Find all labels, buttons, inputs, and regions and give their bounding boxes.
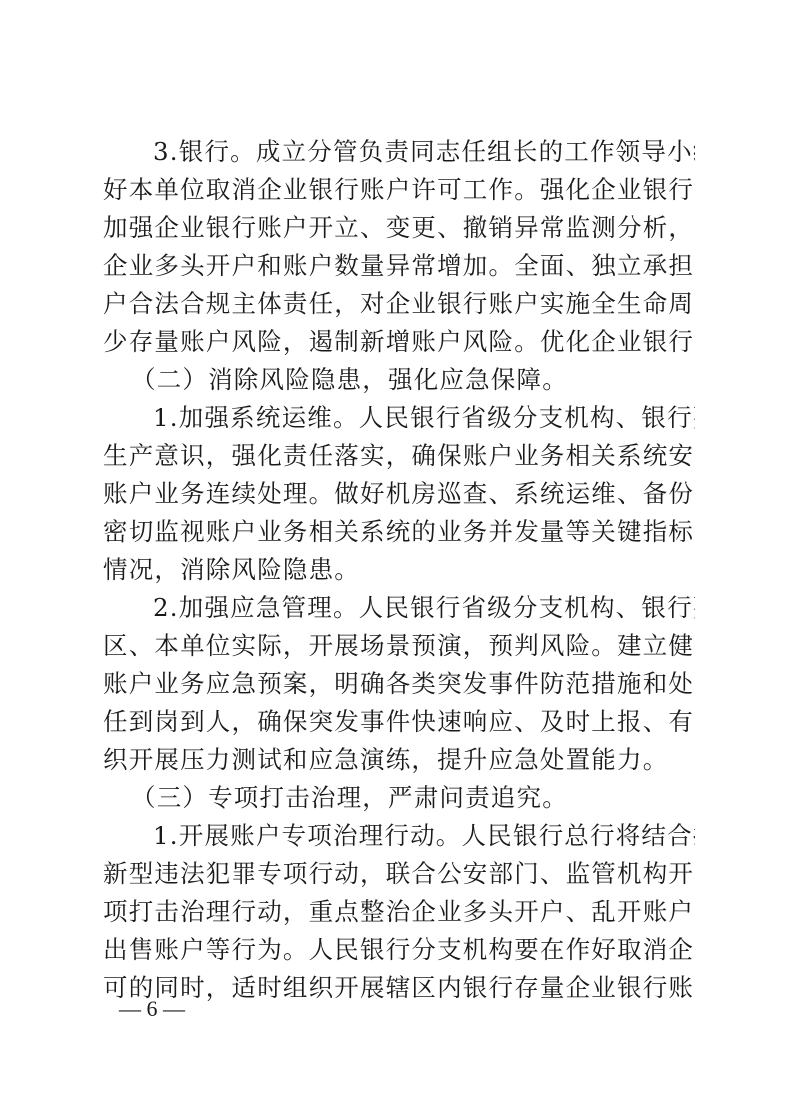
text-line: 区、本单位实际，开展场景预演，预判风险。建立健全企业银行 [103, 631, 695, 661]
page-number: — 6 — [119, 996, 185, 1022]
text-line: 少存量账户风险，遏制新增账户风险。优化企业银行账户服务。 [103, 327, 695, 357]
text-line: 可的同时，适时组织开展辖区内银行存量企业银行账户清理、核查 [103, 973, 695, 1003]
section-heading: （三）专项打击治理，严肃问责追究。 [131, 783, 695, 813]
paragraph-start-line: 2.加强应急管理。人民银行省级分支机构、银行要结合本辖 [153, 593, 695, 623]
text-line: 账户业务连续处理。做好机房巡查、系统运维、备份管理等工作， [103, 479, 695, 509]
text-line: 加强企业银行账户开立、变更、撤销异常监测分析，防止和纠正 [103, 213, 695, 243]
text-line: 新型违法犯罪专项行动，联合公安部门、监管机构开展银行账户专 [103, 859, 695, 889]
text-line: 任到岗到人，确保突发事件快速响应、及时上报、有效应对。组 [103, 707, 695, 737]
text-line: 企业多头开户和账户数量异常增加。全面、独立承担企业银行账 [103, 251, 695, 281]
paragraph-start-line: 3.银行。成立分管负责同志任组长的工作领导小组，组织做 [153, 137, 695, 167]
document-page: 3.银行。成立分管负责同志任组长的工作领导小组，组织做好本单位取消企业银行账户许… [0, 0, 787, 1114]
text-line: 密切监视账户业务相关系统的业务并发量等关键指标和网络连接 [103, 517, 695, 547]
section-heading: （二）消除风险隐患，强化应急保障。 [131, 365, 695, 395]
text-line: 织开展压力测试和应急演练，提升应急处置能力。 [103, 745, 695, 775]
text-line: 情况，消除风险隐患。 [103, 555, 695, 585]
text-line: 户合法合规主体责任，对企业银行账户实施全生命周期管理，减 [103, 289, 695, 319]
paragraph-start-line: 1.加强系统运维。人民银行省级分支机构、银行要提升安全 [153, 403, 695, 433]
text-line: 生产意识，强化责任落实，确保账户业务相关系统安全稳定运行、 [103, 441, 695, 471]
text-line: 出售账户等行为。人民银行分支机构要在作好取消企业银行账户许 [103, 935, 695, 965]
text-line: 项打击治理行动，重点整治企业多头开户、乱开账户、出租、出借、 [103, 897, 695, 927]
text-line: 账户业务应急预案，明确各类突发事件防范措施和处置程序，责 [103, 669, 695, 699]
paragraph-start-line: 1.开展账户专项治理行动。人民银行总行将结合打击电信网络 [153, 821, 695, 851]
text-line: 好本单位取消企业银行账户许可工作。强化企业银行账户管理， [103, 175, 695, 205]
